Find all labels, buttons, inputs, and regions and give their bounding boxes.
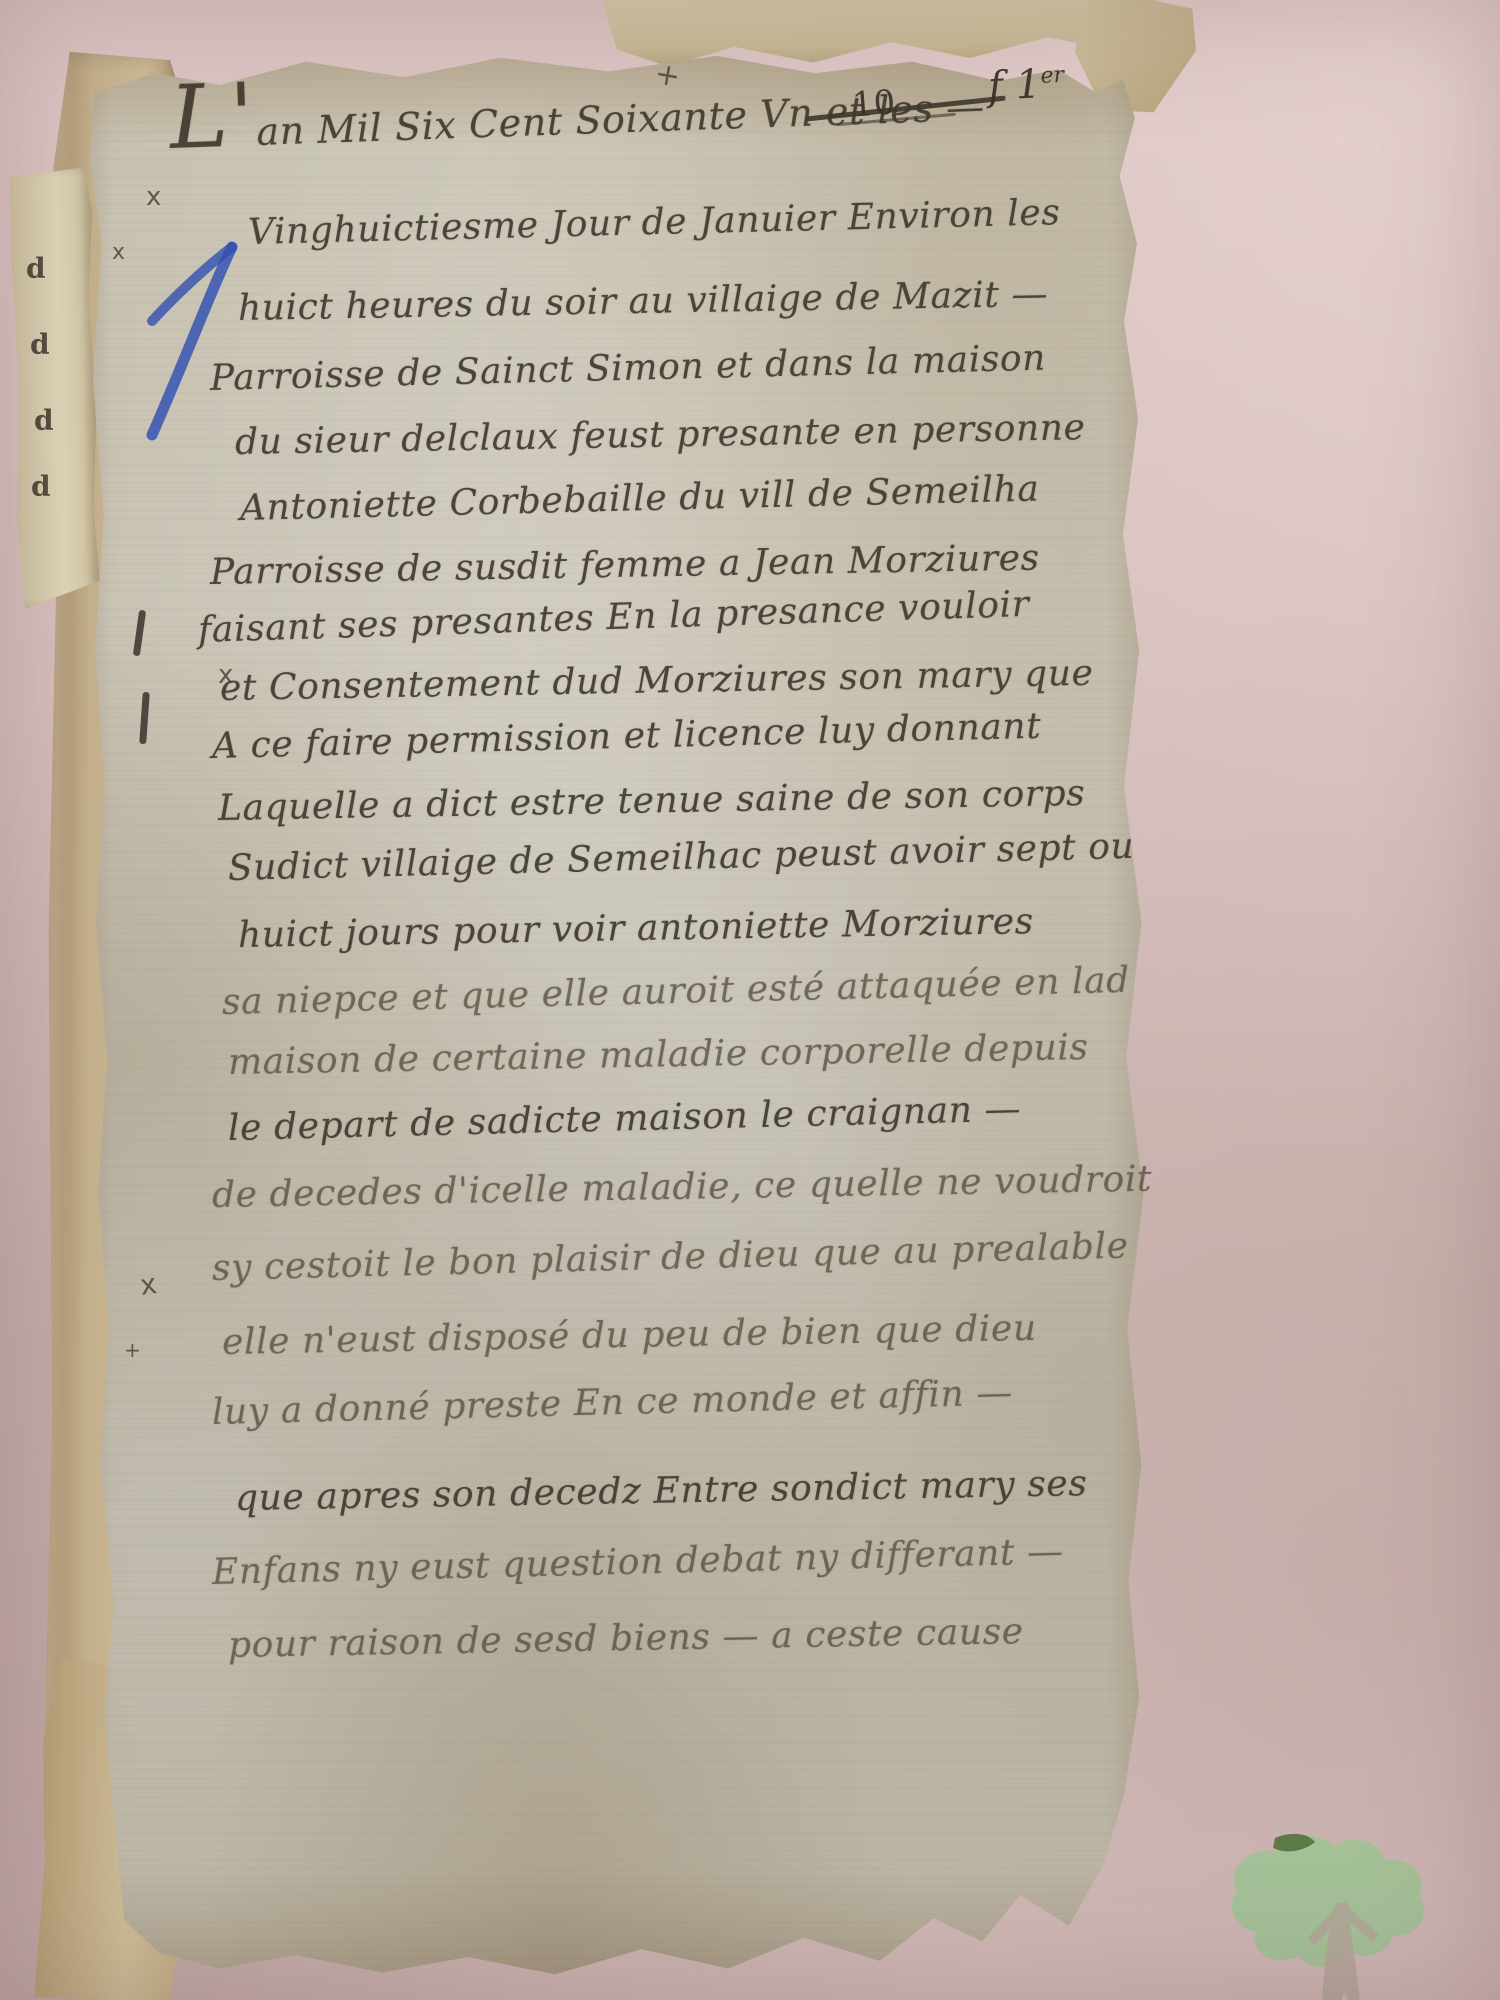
printed-letter: d	[26, 252, 46, 285]
folio-suffix: er	[1040, 63, 1065, 89]
printed-letter: d	[34, 404, 54, 437]
folio-mark: f 1er	[987, 60, 1066, 110]
manuscript-photo: d d d d 10 f 1er + x x x x + 1 L'an Mil …	[0, 0, 1500, 2000]
underlying-printed-page	[9, 167, 100, 609]
folio-number: f 1	[987, 61, 1042, 110]
margin-mark: x	[146, 182, 161, 212]
tree-watermark	[1215, 1830, 1455, 2000]
printed-letter: d	[31, 470, 51, 503]
printed-letter: d	[30, 328, 50, 361]
blue-crayon-numeral-1: 1	[118, 233, 258, 453]
underlying-sheet-top	[600, 0, 1161, 71]
margin-mark: +	[124, 1338, 141, 1362]
